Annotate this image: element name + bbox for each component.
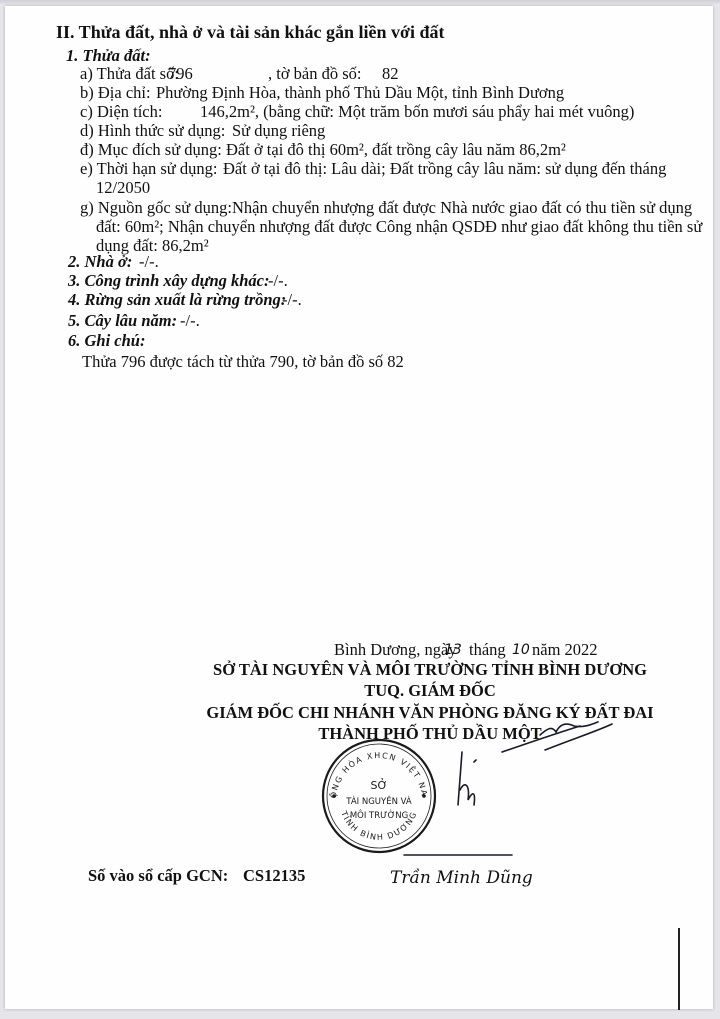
registry-value: CS12135 — [243, 866, 305, 886]
stamp-center-line-1: SỞ — [370, 778, 387, 792]
official-stamp: CỘNG HÒA XHCN VIỆT NAM TỈNH BÌNH DƯƠNG S… — [320, 737, 438, 855]
stamp-center-line-3: MÔI TRƯỜNG — [350, 809, 408, 821]
signer-name: Trần Minh Dũng — [390, 868, 533, 888]
stamp-center-line-2: TÀI NGUYÊN VÀ — [345, 795, 412, 807]
edge-line — [678, 928, 680, 1010]
registry-label: Số vào sổ cấp GCN: — [88, 866, 228, 886]
